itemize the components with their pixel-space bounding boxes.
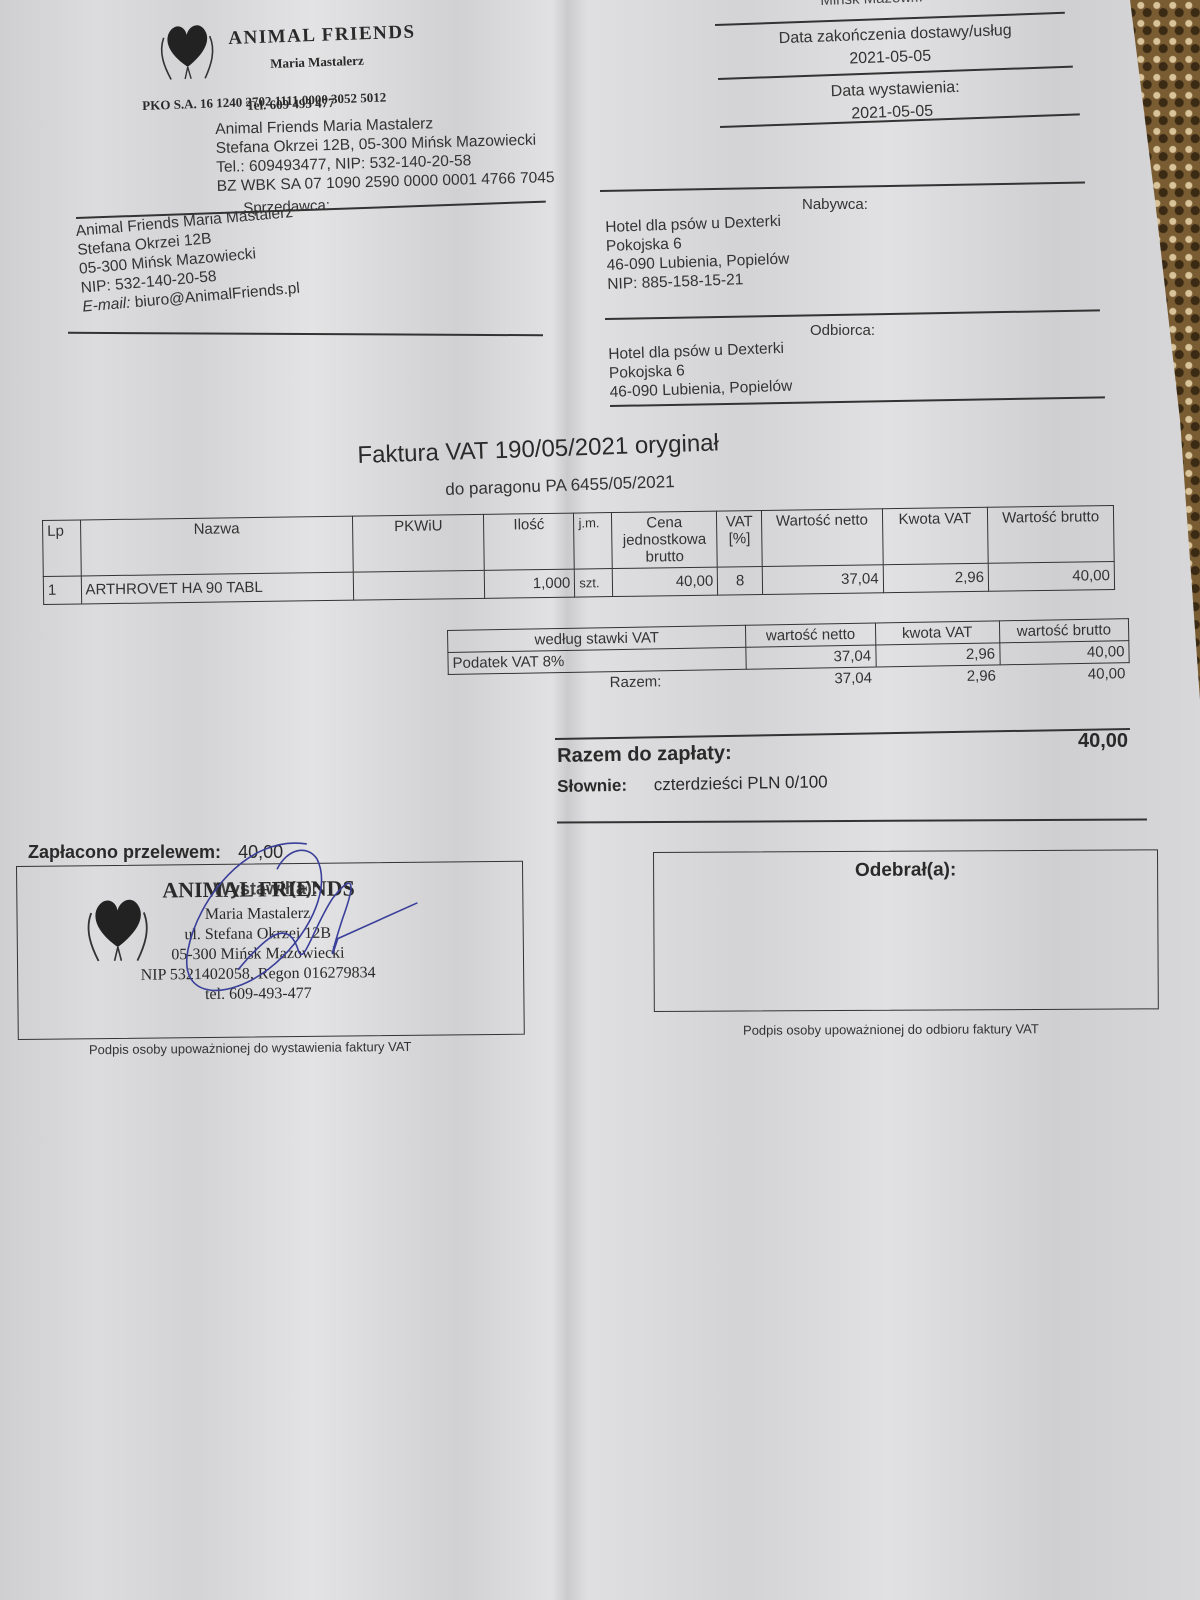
- in-words-label: Słownie:: [557, 776, 627, 796]
- divider: [557, 818, 1147, 823]
- invoice-title: Faktura VAT 190/05/2021 oryginał: [357, 429, 719, 470]
- vat-net: 37,04: [746, 645, 876, 669]
- divider: [555, 728, 1130, 740]
- column-header: wartość netto: [746, 623, 876, 647]
- column-header: VAT [%]: [717, 510, 762, 567]
- cell-net: 37,04: [762, 565, 883, 595]
- invoice-paper: Mińsk Mazow... ANIMAL FRIENDS Maria Mast…: [0, 0, 1200, 1600]
- recipient-details: Hotel dla psów u Dexterki Pokojska 6 46-…: [608, 339, 793, 402]
- column-header: wartość brutto: [999, 619, 1129, 643]
- issuer-signature-box: ANIMAL FRIENDS Wystawił(a): Maria Mastal…: [16, 861, 525, 1040]
- seller-email-label: E-mail:: [82, 295, 132, 316]
- invoice-subtitle: do paragonu PA 6455/05/2021: [445, 472, 675, 500]
- top-cut-text: Mińsk Mazow...: [820, 0, 923, 9]
- cell-name: ARTHROVET HA 90 TABL: [81, 572, 354, 604]
- total-due-label: Razem do zapłaty:: [557, 742, 732, 768]
- total-net: 37,04: [746, 667, 876, 691]
- cell-unit-price: 40,00: [612, 567, 718, 596]
- cell-pkwiu: [354, 570, 485, 600]
- phone-line: Tel. 609 493 477: [246, 95, 335, 114]
- receiver-signature-box[interactable]: Odebrał(a):: [653, 849, 1159, 1012]
- column-header: Cena jednostkowa brutto: [611, 511, 717, 568]
- total-gross: 40,00: [1000, 663, 1130, 687]
- column-header: Wartość brutto: [988, 506, 1115, 564]
- cell-qty: 1,000: [484, 569, 575, 598]
- cell-lp: 1: [43, 576, 81, 605]
- cell-unit: szt.: [575, 569, 613, 598]
- cell-vat-amount: 2,96: [883, 563, 989, 592]
- handwritten-signature: [157, 838, 429, 1011]
- company-logo: [155, 16, 220, 93]
- vat-summary-table: według stawki VAT wartość netto kwota VA…: [447, 618, 1130, 696]
- column-header: kwota VAT: [875, 621, 999, 645]
- column-header: Wartość netto: [761, 509, 882, 567]
- receiver-signature-caption: Podpis osoby upoważnionej do odbioru fak…: [743, 1021, 1039, 1038]
- column-header: j.m.: [574, 513, 612, 570]
- seller-details: Animal Friends Maria Mastalerz Stefana O…: [75, 203, 301, 317]
- items-table: Lp Nazwa PKWiU Ilość j.m. Cena jednostko…: [42, 505, 1115, 605]
- column-header: Nazwa: [80, 516, 354, 576]
- column-header: Kwota VAT: [882, 507, 988, 564]
- divider: [68, 332, 543, 336]
- vat-gross: 40,00: [999, 641, 1129, 665]
- divider: [600, 182, 1085, 192]
- total-due-amount: 40,00: [1078, 730, 1128, 753]
- in-words-value: czterdzieści PLN 0/100: [654, 772, 828, 794]
- total-label: Razem:: [448, 669, 747, 696]
- total-vat: 2,96: [876, 665, 1000, 689]
- recipient-label: Odbiorca:: [810, 322, 875, 339]
- dog-cat-heart-hands-icon: [155, 16, 219, 88]
- issuer-address: Animal Friends Maria Mastalerz Stefana O…: [215, 111, 555, 196]
- buyer-label: Nabywca:: [802, 196, 868, 213]
- brand-title: ANIMAL FRIENDS: [228, 21, 416, 50]
- issuer-signature-caption: Podpis osoby upoważnionej do wystawienia…: [89, 1038, 489, 1057]
- cell-vat-rate: 8: [718, 566, 763, 595]
- in-words-row: Słownie: czterdzieści PLN 0/100: [557, 772, 828, 797]
- cell-gross: 40,00: [988, 562, 1114, 592]
- column-header: Lp: [43, 520, 81, 577]
- column-header: PKWiU: [353, 514, 485, 572]
- buyer-details: Hotel dla psów u Dexterki Pokojska 6 46-…: [605, 212, 790, 294]
- brand-owner: Maria Mastalerz: [270, 53, 364, 72]
- divider: [605, 309, 1100, 319]
- received-by-label: Odebrał(a):: [654, 858, 1157, 883]
- vat-amount: 2,96: [875, 643, 999, 667]
- column-header: Ilość: [484, 513, 575, 570]
